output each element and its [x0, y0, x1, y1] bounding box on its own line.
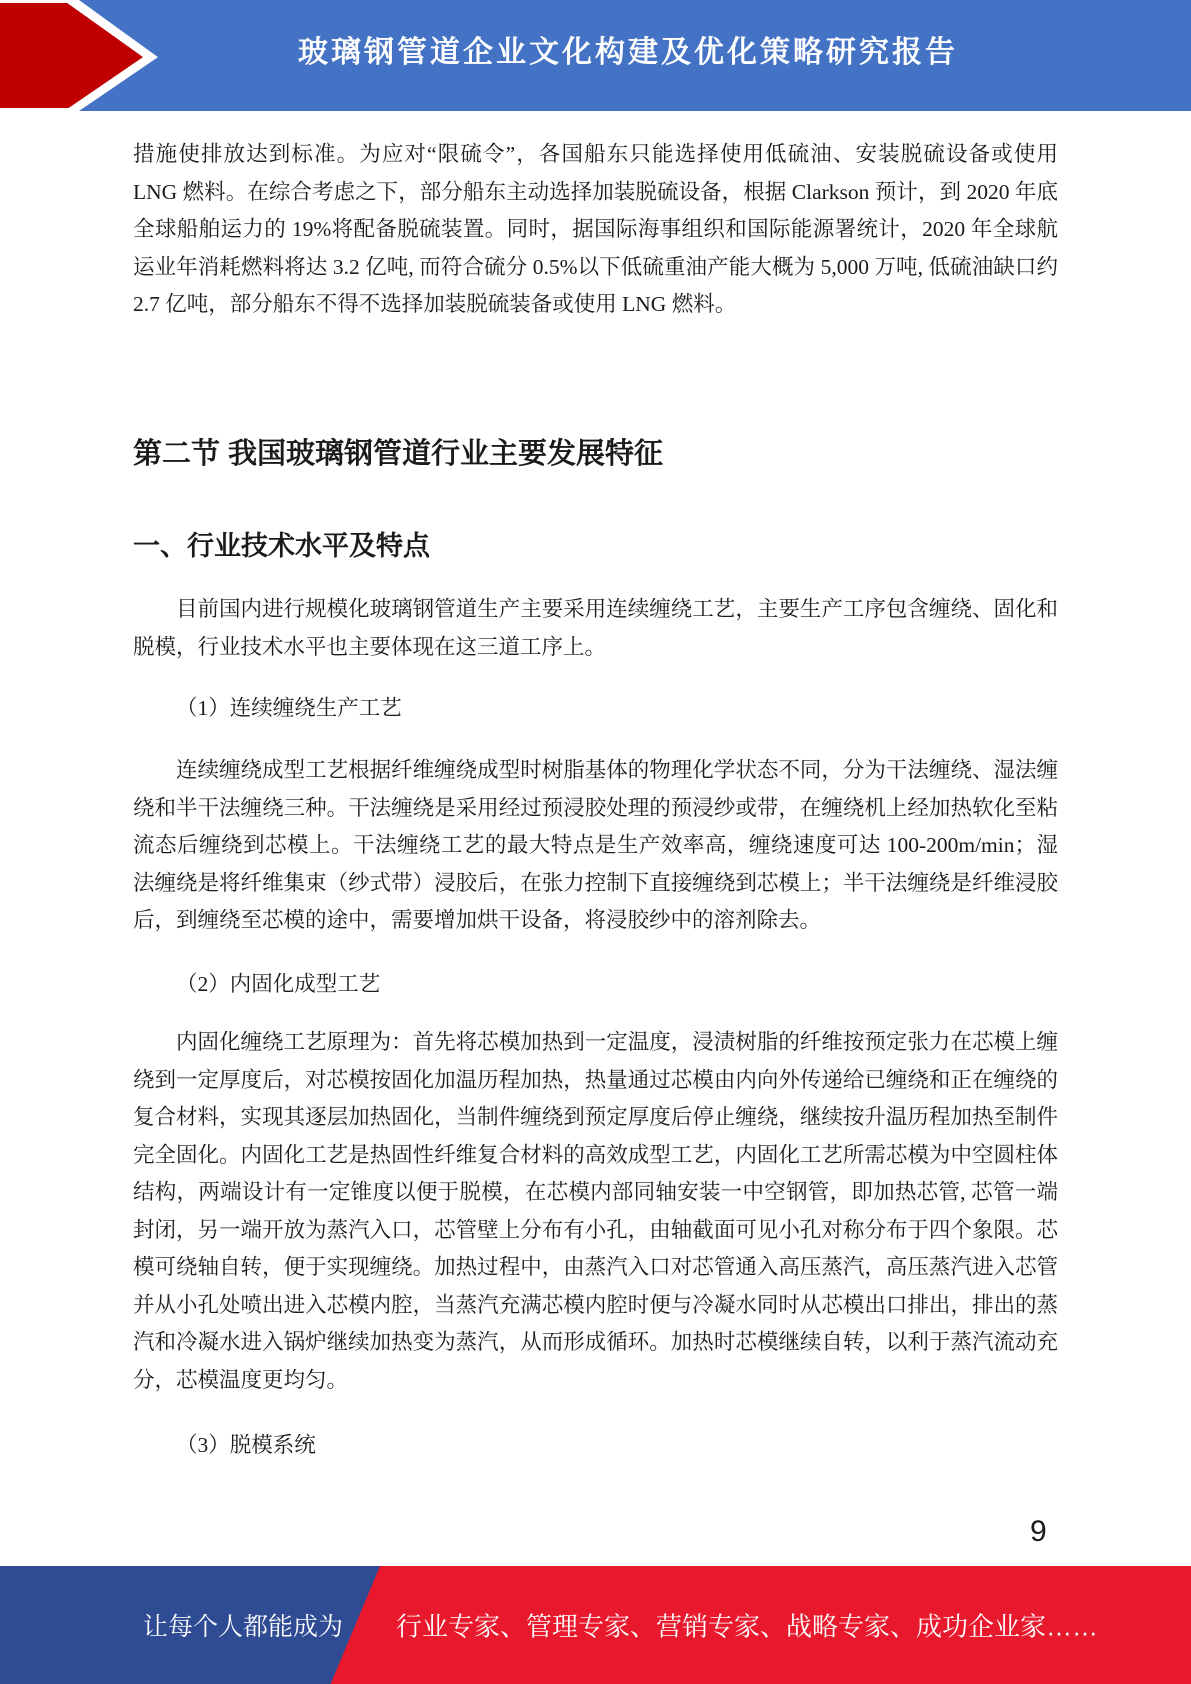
item2-heading: （2）内固化成型工艺 [133, 966, 1058, 1004]
section-heading: 第二节 我国玻璃钢管道行业主要发展特征 [133, 431, 663, 472]
footer-slogan-left: 让每个人都能成为 [143, 1607, 343, 1643]
paragraph-intro: 目前国内进行规模化玻璃钢管道生产主要采用连续缠绕工艺，主要生产工序包含缠绕、固化… [133, 591, 1058, 666]
paragraph-item1: 连续缠绕成型工艺根据纤维缠绕成型时树脂基体的物理化学状态不同，分为干法缠绕、湿法… [133, 752, 1058, 940]
footer-slogan-right: 行业专家、管理专家、营销专家、战略专家、成功企业家…… [396, 1607, 1098, 1644]
chevron-arrow-icon [0, 3, 143, 108]
page-number: 9 [1030, 1515, 1047, 1549]
item1-heading: （1）连续缠绕生产工艺 [133, 690, 1058, 728]
header-title-area: 玻璃钢管道企业文化构建及优化策略研究报告 [160, 0, 1191, 111]
item3-heading: （3）脱模系统 [133, 1427, 1058, 1465]
subsection-heading: 一、行业技术水平及特点 [133, 524, 430, 563]
report-title: 玻璃钢管道企业文化构建及优化策略研究报告 [298, 27, 958, 71]
paragraph-item2: 内固化缠绕工艺原理为：首先将芯模加热到一定温度，浸渍树脂的纤维按预定张力在芯模上… [133, 1024, 1058, 1399]
paragraph-shipping-fuel-continuation: 措施使排放达到标准。为应对“限硫令”，各国船东只能选择使用低硫油、安装脱硫设备或… [133, 136, 1058, 324]
page-footer: 让每个人都能成为 行业专家、管理专家、营销专家、战略专家、成功企业家…… [0, 1566, 1191, 1684]
page-header-banner: 玻璃钢管道企业文化构建及优化策略研究报告 [0, 0, 1191, 111]
report-page: 玻璃钢管道企业文化构建及优化策略研究报告 措施使排放达到标准。为应对“限硫令”，… [0, 0, 1191, 1684]
